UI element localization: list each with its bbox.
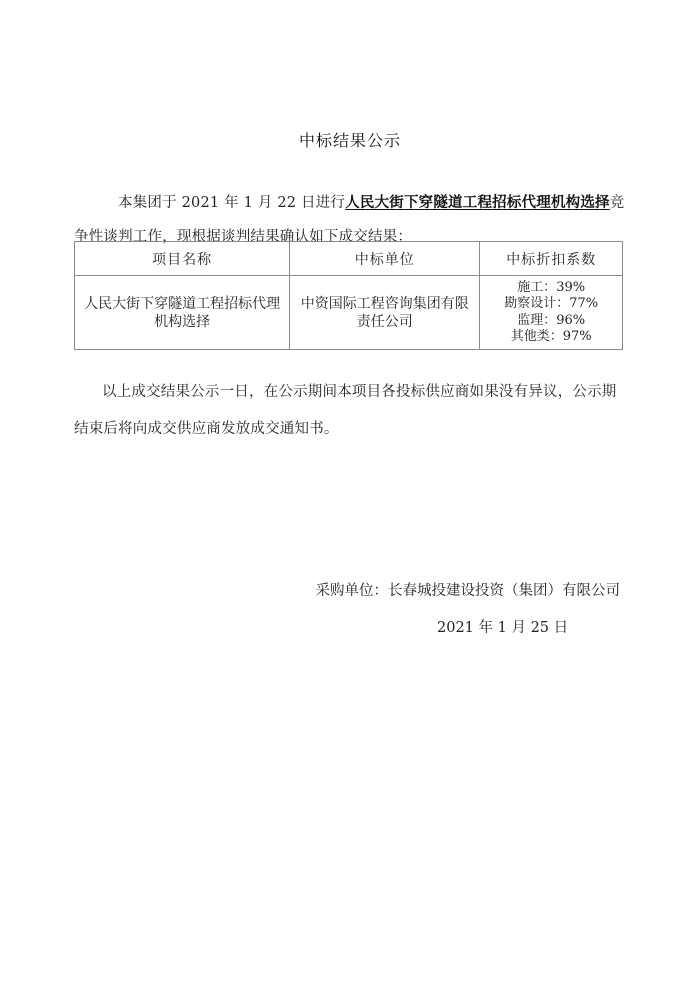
project-name-underlined: 人民大街下穿隧道工程招标代理机构选择 — [345, 194, 610, 211]
document-title: 中标结果公示 — [0, 128, 700, 151]
rate-survey-design: 勘察设计：77% — [486, 296, 616, 313]
intro-prefix: 本集团于 2021 年 1 月 22 日进行 — [118, 195, 345, 211]
cell-project-name: 人民大街下穿隧道工程招标代理机构选择 — [75, 276, 290, 350]
header-winning-bidder: 中标单位 — [290, 242, 480, 276]
table-row: 人民大街下穿隧道工程招标代理机构选择 中资国际工程咨询集团有限责任公司 施工：3… — [75, 276, 623, 350]
header-project-name: 项目名称 — [75, 242, 290, 276]
document-date: 2021 年 1 月 25 日 — [437, 616, 568, 637]
purchasing-unit-signature: 采购单位：长春城投建设投资（集团）有限公司 — [316, 579, 621, 600]
rate-supervision: 监理：96% — [486, 313, 616, 330]
document-page: 中标结果公示 本集团于 2021 年 1 月 22 日进行人民大街下穿隧道工程招… — [0, 0, 700, 990]
results-table: 项目名称 中标单位 中标折扣系数 人民大街下穿隧道工程招标代理机构选择 中资国际… — [74, 241, 623, 350]
cell-winning-bidder: 中资国际工程咨询集团有限责任公司 — [290, 276, 480, 350]
header-discount-rate: 中标折扣系数 — [480, 242, 623, 276]
cell-discount-rates: 施工：39% 勘察设计：77% 监理：96% 其他类：97% — [480, 276, 623, 350]
table-header-row: 项目名称 中标单位 中标折扣系数 — [75, 242, 623, 276]
rate-construction: 施工：39% — [486, 280, 616, 297]
rate-other: 其他类：97% — [486, 329, 616, 346]
closing-paragraph: 以上成交结果公示一日，在公示期间本项目各投标供应商如果没有异议，公示期结束后将向… — [74, 374, 629, 448]
